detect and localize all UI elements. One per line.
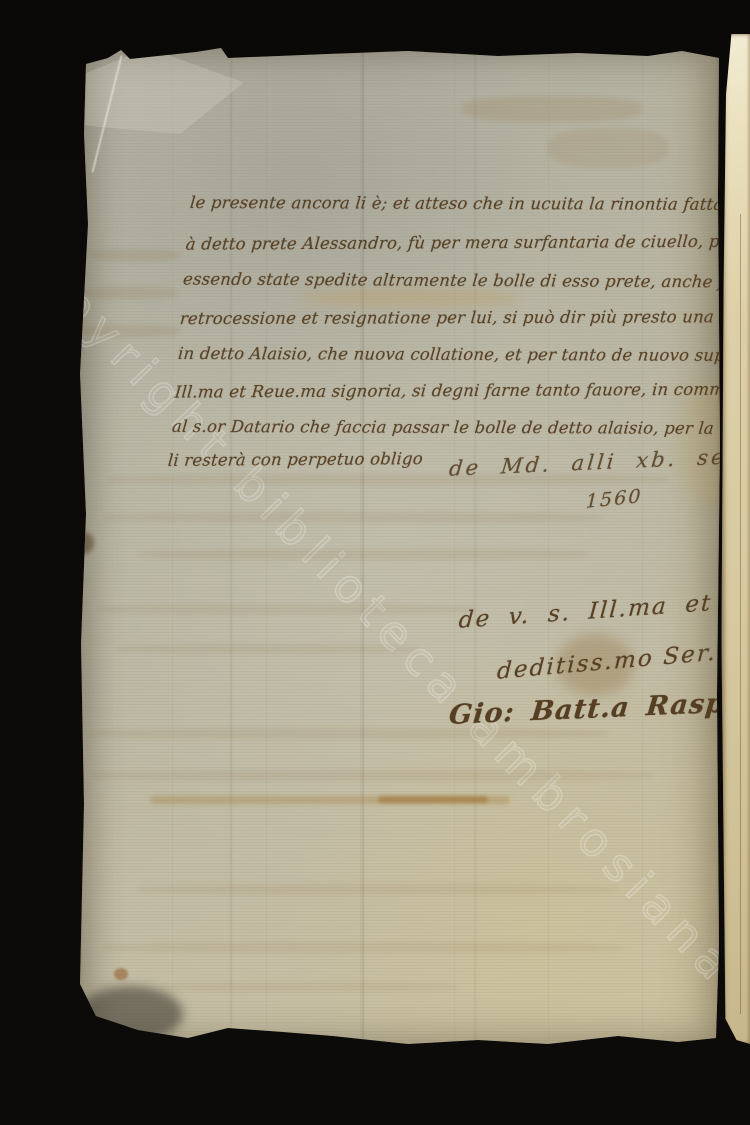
closing-salutation: de v. s. Ill.ma et R.ma (458, 584, 750, 633)
manuscript-photograph: copyright biblioteca ambrosiana le prese… (0, 0, 750, 1125)
bleedthrough-mark (138, 884, 618, 895)
bleedthrough-mark (88, 728, 608, 739)
manuscript-text-line: Ill.ma et Reue.ma signoria, si degni far… (174, 379, 750, 401)
manuscript-text-line: li resterà con perpetuo obligo (167, 449, 424, 470)
bleedthrough-mark (90, 249, 180, 261)
bleedthrough-mark (108, 474, 668, 485)
torn-corner-flap (84, 48, 244, 134)
manuscript-text-line: le presente ancora li è; et atteso che i… (189, 193, 750, 214)
stain-mark (300, 288, 522, 308)
bleedthrough-mark (118, 644, 418, 654)
bleedthrough-mark (98, 604, 478, 615)
stain-mark (78, 986, 183, 1042)
stain-mark (114, 968, 128, 980)
bleedthrough-mark (158, 982, 458, 992)
bleedthrough-mark (93, 770, 653, 781)
manuscript-text-line: retrocessione et resignatione per lui, s… (179, 307, 750, 328)
bleedthrough-mark (548, 128, 668, 168)
folio-edge-line (740, 214, 741, 1014)
dateline: de Md. alli xb. sett. (448, 443, 750, 480)
signature: Gio: Batt.a Rasporelli (448, 684, 750, 731)
manuscript-text-line: al s.or Datario che faccia passar le bol… (171, 417, 750, 438)
underlying-folio-edge (720, 34, 750, 1044)
manuscript-text-line: à detto prete Alessandro, fù per mera su… (185, 231, 750, 253)
manuscript-text-line: essendo state spedite altramente le boll… (182, 269, 750, 291)
manuscript-text-line: in detto Alaisio, che nuova collatione, … (177, 344, 750, 365)
closing-role: deditiss.mo Ser.re (496, 637, 746, 684)
stain-mark (150, 796, 510, 804)
bleedthrough-mark (462, 96, 642, 122)
bleedthrough-mark (82, 287, 178, 299)
stain-mark (72, 532, 94, 554)
bleedthrough-mark (80, 325, 180, 337)
manuscript-page: copyright biblioteca ambrosiana le prese… (78, 44, 720, 1048)
stain-mark (378, 796, 488, 803)
dateline-year: 1560 (585, 485, 643, 513)
bleedthrough-mark (103, 512, 603, 523)
